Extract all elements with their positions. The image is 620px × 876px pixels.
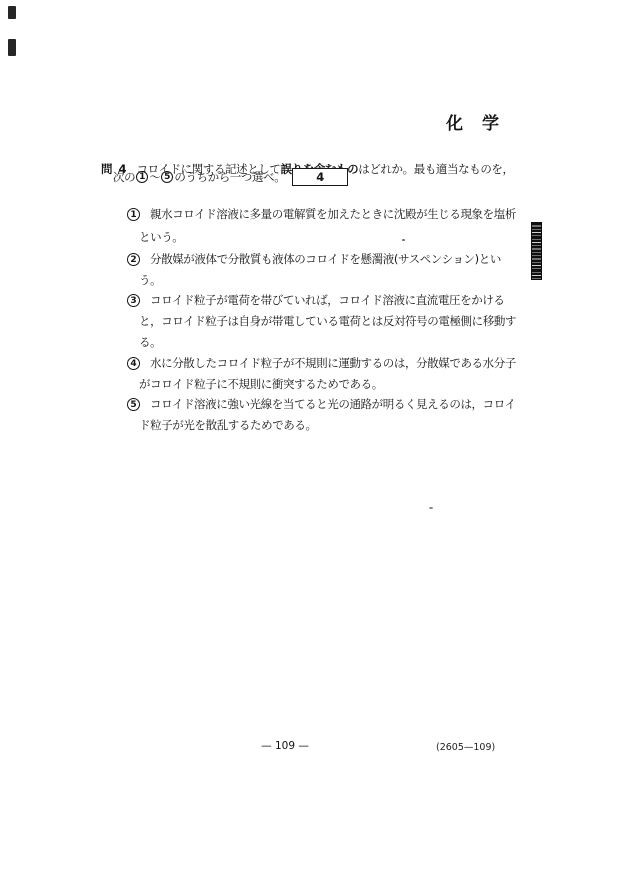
choice-3-line-3: る。 [139,335,161,350]
choice-2-line-2: う。 [139,273,161,288]
choice-3-line-1: コロイド粒子が電荷を帯びていれば，コロイド溶液に直流電圧をかける [150,293,505,308]
question-text-after: はどれか。最も適当なものを， [358,162,513,176]
scan-artifact-strip [531,222,542,280]
scan-artifact-mark-top [8,6,16,19]
scan-artifact-mark-bottom [8,39,16,56]
choice-4-line-1: 水に分散したコロイド粒子が不規則に運動するのは，分散媒である水分子 [150,356,516,371]
answer-box-number: 4 [316,170,324,185]
booklet-code: (2605—109) [436,742,495,753]
choice-1-number-icon: 1 [127,208,140,221]
circled-number-1-icon: 1 [136,171,148,183]
choice-3-number-icon: 3 [127,294,140,307]
instruction-prefix: 次の [113,170,135,185]
choice-4-line-2: がコロイド粒子に不規則に衝突するためである。 [139,377,383,392]
range-tilde: ～ [149,170,160,185]
exam-page: 化 学 問 4コロイドに関する記述として誤りを含むものはどれか。最も適当なものを… [0,0,620,876]
circled-number-5-icon: 5 [161,171,173,183]
choice-3-line-2: と，コロイド粒子は自身が帯電している電荷とは反対符号の電極側に移動す [139,314,516,329]
choice-4-number-icon: 4 [127,357,140,370]
choice-2-line-1: 分散媒が液体で分散質も液体のコロイドを懸濁液(サスペンション)とい [150,252,501,267]
scan-speck [402,239,405,241]
choice-5-number-icon: 5 [127,398,140,411]
choice-5-line-1: コロイド溶液に強い光線を当てると光の通路が明るく見えるのは，コロイ [150,397,516,412]
answer-box: 4 [292,168,348,186]
question-instruction: 次の 1 ～ 5 のうちから一つ選べ。 4 [113,168,348,186]
page-number: — 109 — [252,740,318,752]
page-title: 化 学 [446,109,500,134]
scan-speck [429,507,433,509]
choice-1-line-2: という。 [139,230,183,245]
choice-2-number-icon: 2 [127,253,140,266]
choice-1-line-1: 親水コロイド溶液に多量の電解質を加えたときに沈殿が生じる現象を塩析 [150,207,516,222]
instruction-suffix: のうちから一つ選べ。 [174,170,285,185]
choice-5-line-2: ド粒子が光を散乱するためである。 [139,418,317,433]
